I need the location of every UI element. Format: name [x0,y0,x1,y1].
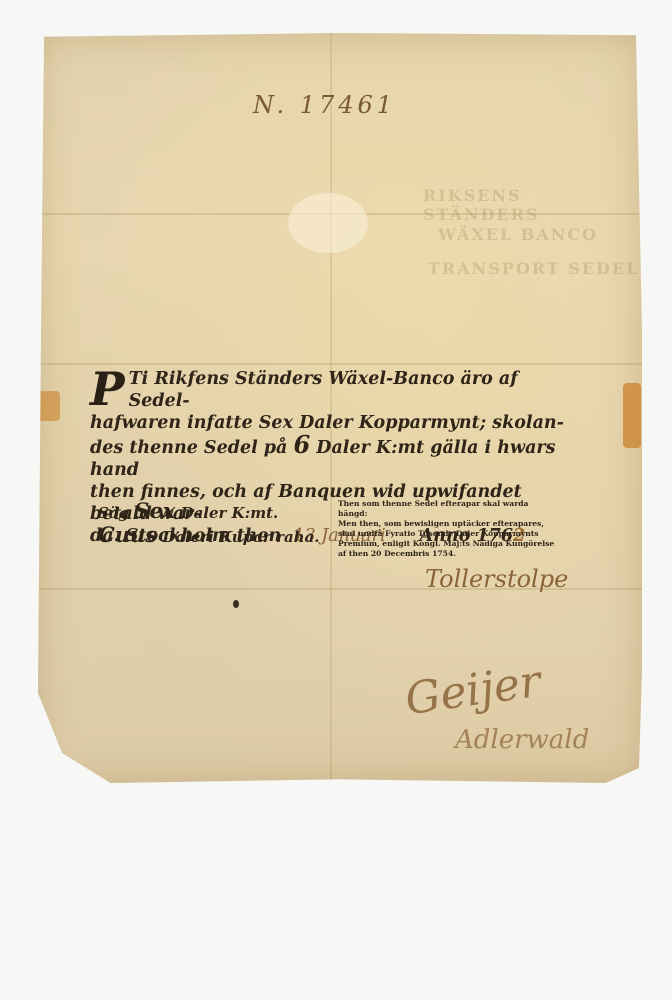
amount-block: Säg Sex Daler K:mt. Cuus Daleri Kupar ra… [98,500,323,548]
denomination-numeral: 6 [293,430,310,459]
rust-stain [38,391,60,421]
signature-first: Tollerstolpe [425,565,568,593]
swedish-amount: Säg Sex Daler K:mt. [98,500,323,524]
ink-spot [233,600,239,608]
serial-number: N. 17461 [253,91,396,119]
text-line: Ti Rikfens Ständers Wäxel-Banco äro af S… [90,368,570,412]
text-line: hafwaren infatte Sex Daler Kopparmynt; s… [90,412,570,434]
rust-stain [623,383,641,448]
finnish-amount: Cuus Daleri Kupar raha. [98,524,323,548]
paper-stain [288,193,368,253]
counterfeit-warning: Then som thenne Sedel efterapar skal war… [338,499,558,559]
fold-line [38,363,642,365]
watermark-line: WÄXEL BANCO [438,225,598,244]
drop-cap: P [90,368,125,410]
text-line: des thenne Sedel på 6 Daler K:mt gälla i… [90,434,570,481]
watermark-line: RIKSENS STÄNDERS [423,186,642,224]
watermark-line: TRANSPORT SEDEL [428,259,639,278]
signature-third: Adlerwald [455,725,589,755]
